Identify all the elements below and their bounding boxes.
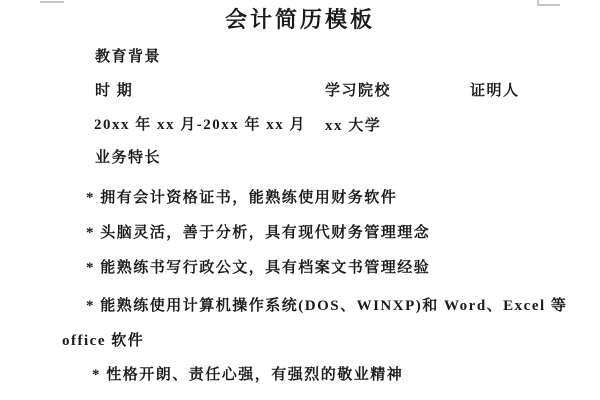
text-boundary-mark-top-right-horizontal	[538, 4, 560, 6]
column-header-school: 学习院校	[325, 82, 391, 100]
section-heading-skills: 业务特长	[95, 149, 161, 167]
skill-item: * 能熟练使用计算机操作系统(DOS、WINXP)和 Word、Excel 等	[86, 297, 567, 315]
skill-item: * 头脑灵活，善于分析，具有现代财务管理理念	[86, 224, 430, 242]
education-entry-period: 20xx 年 xx 月-20xx 年 xx 月	[94, 116, 306, 134]
skill-item: * 能熟练书写行政公文，具有档案文书管理经验	[86, 259, 430, 277]
skill-item: * 性格开朗、责任心强，有强烈的敬业精神	[92, 366, 403, 384]
education-entry-school: xx 大学	[325, 117, 381, 135]
column-header-reference: 证明人	[470, 82, 520, 100]
document-title: 会计简历模板	[0, 7, 600, 33]
section-heading-education: 教育背景	[95, 48, 161, 66]
text-boundary-mark-top-left	[40, 1, 64, 3]
skill-item: * 拥有会计资格证书，能熟练使用财务软件	[86, 189, 397, 207]
column-header-period: 时 期	[95, 82, 133, 100]
document-page: 会计简历模板 教育背景 时 期 学习院校 证明人 20xx 年 xx 月-20x…	[0, 0, 600, 400]
skill-item-wrapped-line: office 软件	[62, 332, 144, 350]
